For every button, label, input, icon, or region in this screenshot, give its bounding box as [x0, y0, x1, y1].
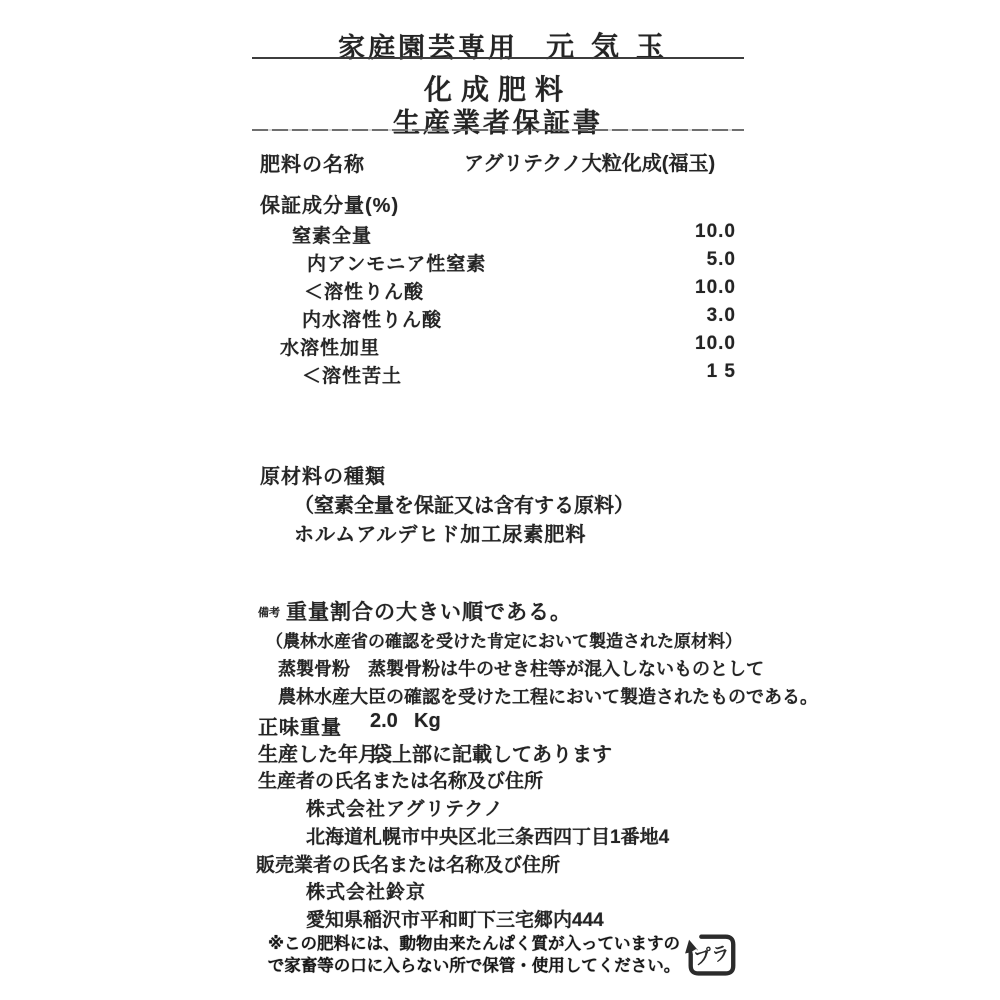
net-weight-unit: Kg — [414, 710, 441, 733]
product-name-title: 元気玉 — [546, 25, 681, 65]
producer-title: 生産者の氏名または名称及び住所 — [258, 766, 543, 793]
component-row: ＜溶性りん酸 10.0 — [252, 277, 744, 301]
seller-name: 株式会社鈴京 — [306, 877, 426, 904]
raw-materials-item: ホルムアルデヒド加工尿素肥料 — [294, 518, 586, 547]
animal-protein-warning: ※この肥料には、動物由来たんぱく質が入っていますの で家畜等の口に入らない所で保… — [262, 933, 686, 977]
remarks-line: （農林水産省の確認を受けた肯定において製造された原材料） — [266, 627, 742, 652]
component-value: 10.0 — [695, 221, 736, 243]
production-date-label: 生産した年月 — [258, 738, 378, 767]
fertilizer-name-label: 肥料の名称 — [260, 148, 365, 177]
document-body: 家庭園芸専用 元気玉 化成肥料 生産業者保証書 肥料の名称 アグリテクノ大粒化成… — [252, 0, 744, 1000]
usage-category-title: 家庭園芸専用 — [338, 26, 518, 65]
component-value: 3.0 — [707, 305, 736, 327]
component-row: ＜溶性苦土 1 5 — [252, 361, 744, 385]
title-rule — [252, 129, 744, 131]
producer-name: 株式会社アグリテクノ — [306, 794, 504, 821]
remarks-marker: 備考 — [258, 604, 280, 620]
component-value: 5.0 — [707, 249, 736, 271]
remarks-line: 蒸製骨粉 蒸製骨粉は牛のせき柱等が混入しないものとして — [278, 655, 764, 681]
remarks-line: 重量割合の大きい順である。 — [286, 596, 572, 626]
fertilizer-name-value: アグリテクノ大粒化成(福玉) — [464, 147, 715, 176]
component-value: 10.0 — [695, 277, 736, 299]
net-weight-value: 2.0 — [370, 710, 398, 733]
component-value: 10.0 — [695, 333, 736, 355]
raw-materials-title: 原材料の種類 — [260, 460, 386, 489]
seller-title: 販売業者の氏名または名称及び住所 — [256, 850, 560, 877]
component-row: 内アンモニア性窒素 5.0 — [252, 249, 744, 273]
component-row: 内水溶性りん酸 3.0 — [252, 305, 744, 329]
seller-address: 愛知県稲沢市平和町下三宅郷内444 — [306, 905, 604, 932]
document-title: 生産業者保証書 — [252, 101, 744, 140]
recycle-mark-label: プラ — [692, 942, 732, 969]
production-date-value: 袋上部に記載してあります — [372, 738, 612, 767]
scanned-fertilizer-label: 家庭園芸専用 元気玉 化成肥料 生産業者保証書 肥料の名称 アグリテクノ大粒化成… — [0, 0, 1000, 1000]
raw-materials-note: （窒素全量を保証又は含有する原料） — [294, 489, 634, 518]
component-row: 窒素全量 10.0 — [252, 221, 744, 245]
warning-line-1: ※この肥料には、動物由来たんぱく質が入っていますの — [268, 935, 680, 953]
remarks-line: 農林水産大臣の確認を受けた工程において製造されたものである。 — [278, 683, 818, 709]
component-label: 内水溶性りん酸 — [302, 305, 442, 332]
component-label: 内アンモニア性窒素 — [307, 249, 486, 276]
component-label: ＜溶性苦土 — [302, 361, 402, 388]
component-label: 窒素全量 — [292, 221, 372, 248]
net-weight-label: 正味重量 — [258, 711, 342, 740]
component-label: 水溶性加里 — [280, 333, 380, 360]
component-row: 水溶性加里 10.0 — [252, 333, 744, 357]
producer-address: 北海道札幌市中央区北三条西四丁目1番地4 — [306, 822, 669, 849]
guaranteed-components-title: 保証成分量(%) — [260, 189, 399, 218]
warning-line-2: で家畜等の口に入らない所で保管・使用してください。 — [268, 957, 681, 975]
header-rule — [252, 57, 744, 59]
component-label: ＜溶性りん酸 — [304, 277, 424, 304]
plastic-recycle-icon: プラ — [682, 928, 740, 986]
component-value: 1 5 — [707, 361, 736, 383]
